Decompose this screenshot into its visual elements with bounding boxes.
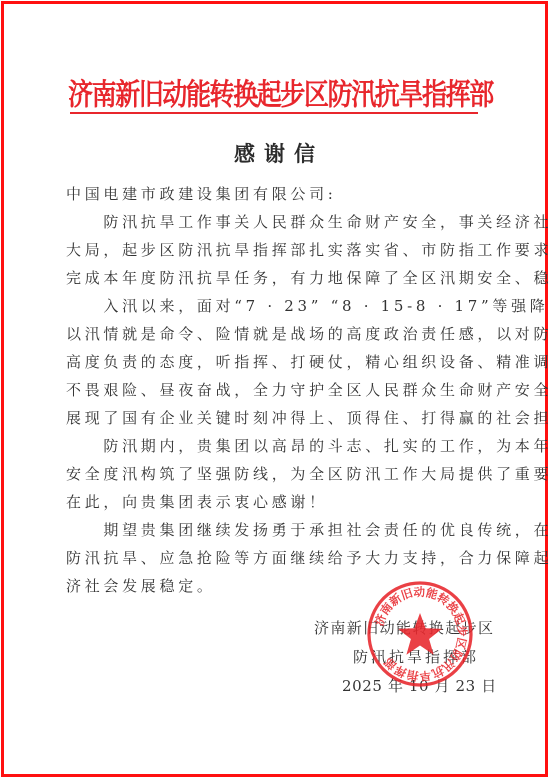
paragraph-line: 入汛以来，面对“7 · 23” “8 · 15-8 · 17”等强降雨，贵集团 [66, 292, 486, 320]
paragraph-line: 济社会发展稳定。 [66, 572, 486, 600]
paragraph-4: 期望贵集团继续发扬勇于承担社会责任的优良传统，在起步区 防汛抗旱、应急抢险等方面… [66, 516, 486, 600]
paragraph-line: 安全度汛构筑了坚强防线，为全区防汛工作大局提供了重要支撑。 [66, 460, 486, 488]
paragraph-line: 期望贵集团继续发扬勇于承担社会责任的优良传统，在起步区 [66, 516, 486, 544]
paragraph-line: 防汛期内，贵集团以高昂的斗志、扎实的工作，为本年度全区 [66, 432, 486, 460]
signature-date: 2025 年 10 月 23 日 [342, 672, 497, 701]
paragraph-3: 防汛期内，贵集团以高昂的斗志、扎实的工作，为本年度全区 安全度汛构筑了坚强防线，… [66, 432, 486, 516]
paragraph-line: 不畏艰险、昼夜奋战，全力守护全区人民群众生命财产安全，充分 [66, 376, 486, 404]
paragraph-line: 展现了国有企业关键时刻冲得上、顶得住、打得赢的社会担当。 [66, 404, 486, 432]
paragraph-line: 防汛抗旱工作事关人民群众生命财产安全，事关经济社会发展 [66, 208, 486, 236]
paragraph-line: 大局，起步区防汛抗旱指挥部扎实落实省、市防指工作要求，圆满 [66, 236, 486, 264]
signature-organization: 济南新旧动能转换起步区 [314, 614, 494, 643]
letterhead-rule [70, 112, 478, 114]
paragraph-line: 以汛情就是命令、险情就是战场的高度政治责任感，以对防汛工作 [66, 320, 486, 348]
letter-body: 中国电建市政建设集团有限公司: 防汛抗旱工作事关人民群众生命财产安全，事关经济社… [66, 180, 486, 600]
paragraph-line: 在此，向贵集团表示衷心感谢！ [66, 488, 486, 516]
paragraph-1: 防汛抗旱工作事关人民群众生命财产安全，事关经济社会发展 大局，起步区防汛抗旱指挥… [66, 208, 486, 292]
signature-department: 防汛抗旱指挥部 [353, 643, 479, 672]
salutation: 中国电建市政建设集团有限公司: [66, 180, 486, 208]
paragraph-2: 入汛以来，面对“7 · 23” “8 · 15-8 · 17”等强降雨，贵集团 … [66, 292, 486, 432]
letterhead-title: 济南新旧动能转换起步区防汛抗旱指挥部 [68, 74, 480, 116]
letter-title: 感谢信 [0, 138, 549, 168]
paragraph-line: 防汛抗旱、应急抢险等方面继续给予大力支持，合力保障起步区经 [66, 544, 486, 572]
paragraph-line: 完成本年度防汛抗旱任务，有力地保障了全区汛期安全、稳定。 [66, 264, 486, 292]
paragraph-line: 高度负责的态度，听指挥、打硬仗，精心组织设备、精准调配人员， [66, 348, 486, 376]
